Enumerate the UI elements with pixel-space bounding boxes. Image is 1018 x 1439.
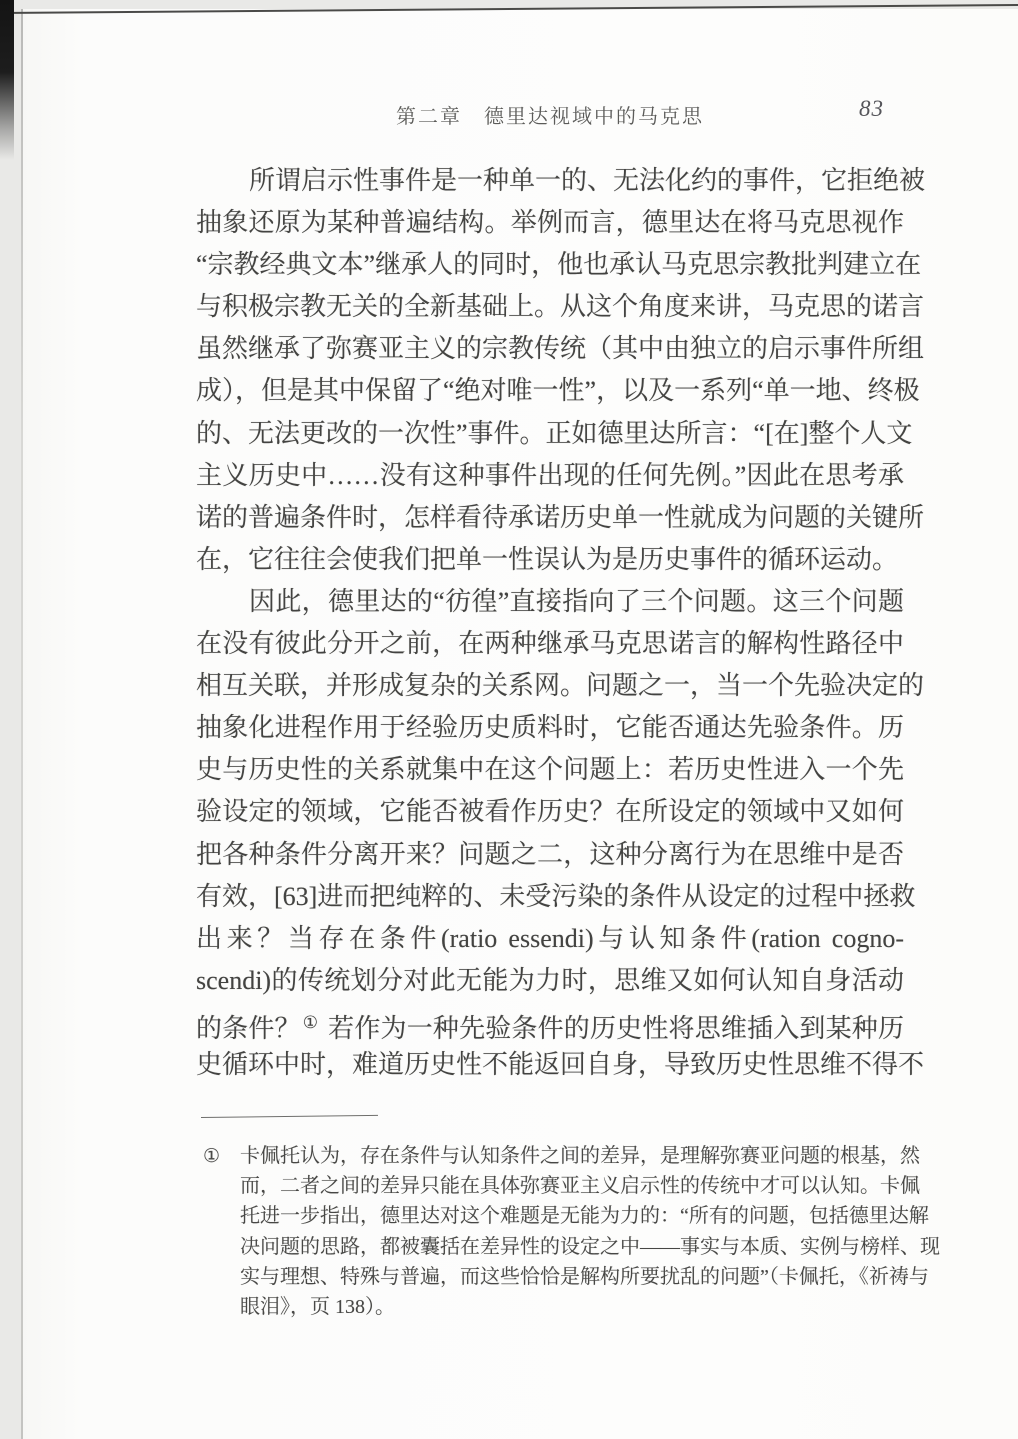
body-text: 所谓启示性事件是一种单一的、无法化约的事件，它拒绝被 抽象还原为某种普遍结构。举… bbox=[196, 160, 904, 1086]
body-line: scendi)的传统划分对此无能为力时，思维又如何认知自身活动 bbox=[196, 960, 904, 1002]
body-line: 相互关联，并形成复杂的关系网。问题之一，当一个先验决定的 bbox=[196, 665, 904, 707]
footnote-line: 眼泪》，页 138）。 bbox=[240, 1292, 908, 1322]
scanned-book-page: 第二章 德里达视域中的马克思 83 所谓启示性事件是一种单一的、无法化约的事件，… bbox=[0, 0, 1018, 1439]
body-line: 因此，德里达的“彷徨”直接指向了三个问题。这三个问题 bbox=[196, 581, 904, 623]
running-header: 第二章 德里达视域中的马克思 83 bbox=[196, 100, 904, 130]
body-line: 在没有彼此分开之前，在两种继承马克思诺言的解构性路径中 bbox=[196, 623, 904, 665]
body-line: “宗教经典文本”继承人的同时，他也承认马克思宗教批判建立在 bbox=[196, 244, 904, 286]
body-line: 所谓启示性事件是一种单一的、无法化约的事件，它拒绝被 bbox=[196, 160, 904, 202]
footnote-reference-mark: ① bbox=[303, 1013, 318, 1032]
body-line: 成），但是其中保留了“绝对唯一性”，以及一系列“单一地、终极 bbox=[196, 370, 904, 412]
body-line: 诺的普遍条件时，怎样看待承诺历史单一性就成为问题的关键所 bbox=[196, 497, 904, 539]
body-line: 抽象化进程作用于经验历史质料时，它能否通达先验条件。历 bbox=[196, 707, 904, 749]
body-line: 有效，[63]进而把纯粹的、未受污染的条件从设定的过程中拯救 bbox=[196, 876, 904, 918]
body-line-with-footnote-ref: 的条件？①若作为一种先验条件的历史性将思维插入到某种历 bbox=[196, 1002, 904, 1044]
body-line: 在，它往往会使我们把单一性误认为是历史事件的循环运动。 bbox=[196, 539, 904, 581]
footnote-line: 而，二者之间的差异只能在具体弥赛亚主义启示性的传统中才可以认知。卡佩 bbox=[240, 1171, 908, 1201]
body-line: 史循环中时，难道历史性不能返回自身，导致历史性思维不得不 bbox=[196, 1044, 904, 1086]
body-line-segment: 若作为一种先验条件的历史性将思维插入到某种历 bbox=[328, 1014, 904, 1043]
body-line-segment: 的条件？ bbox=[196, 1014, 301, 1043]
body-line: 抽象还原为某种普遍结构。举例而言，德里达在将马克思视作 bbox=[196, 202, 904, 244]
body-line: 与积极宗教无关的全新基础上。从这个角度来讲，马克思的诺言 bbox=[196, 286, 904, 328]
footnote-line: 卡佩托认为，存在条件与认知条件之间的差异，是理解弥赛亚问题的根基，然 bbox=[240, 1141, 908, 1171]
scan-corner-artifact bbox=[0, 0, 14, 160]
body-line: 主义历史中……没有这种事件出现的任何先例。”因此在思考承 bbox=[196, 455, 904, 497]
body-line: 验设定的领域，它能否被看作历史？在所设定的领域中又如何 bbox=[196, 791, 904, 833]
footnote-text: 卡佩托认为，存在条件与认知条件之间的差异，是理解弥赛亚问题的根基，然 而，二者之… bbox=[240, 1141, 908, 1322]
footnote-marker: ① bbox=[203, 1142, 220, 1172]
body-line: 虽然继承了弥赛亚主义的宗教传统（其中由独立的启示事件所组 bbox=[196, 328, 904, 370]
page-number: 83 bbox=[859, 96, 884, 122]
footnote-line: 托进一步指出，德里达对这个难题是无能为力的：“所有的问题，包括德里达解 bbox=[240, 1201, 908, 1231]
chapter-title: 第二章 德里达视域中的马克思 bbox=[396, 106, 704, 128]
body-line: 的、无法更改的一次性”事件。正如德里达所言：“[在]整个人文 bbox=[196, 413, 904, 455]
body-line: 把各种条件分离开来？问题之二，这种分离行为在思维中是否 bbox=[196, 834, 904, 876]
body-line: 出来？当存在条件(ratio essendi)与认知条件(ration cogn… bbox=[196, 918, 904, 960]
footnote-line: 决问题的思路，都被囊括在差异性的设定之中——事实与本质、实例与榜样、现 bbox=[240, 1232, 908, 1262]
page-left-edge bbox=[21, 9, 23, 1439]
footnote-line: 实与理想、特殊与普遍，而这些恰恰是解构所要扰乱的问题”（卡佩托，《祈祷与 bbox=[240, 1262, 908, 1292]
footnote-block: ① 卡佩托认为，存在条件与认知条件之间的差异，是理解弥赛亚问题的根基，然 而，二… bbox=[196, 1141, 908, 1322]
body-line: 史与历史性的关系就集中在这个问题上：若历史性进入一个先 bbox=[196, 749, 904, 791]
